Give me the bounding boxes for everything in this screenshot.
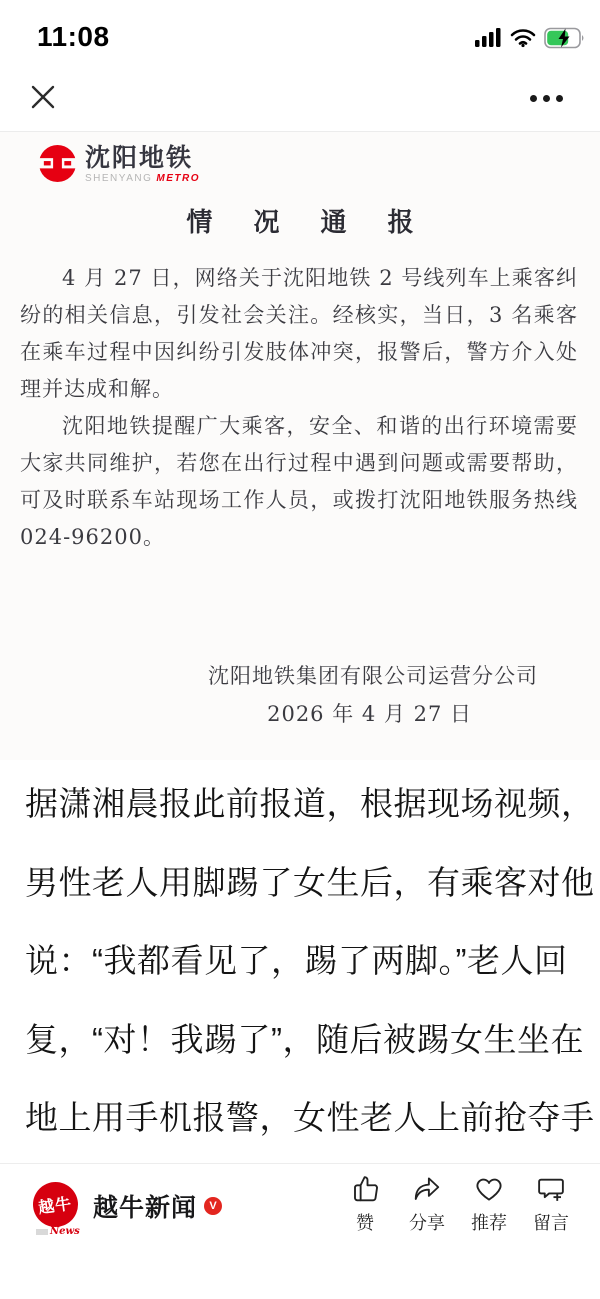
- wifi-icon: [510, 28, 536, 53]
- share-label: 分享: [409, 1209, 445, 1235]
- article-line: 据潇湘晨报此前报道，根据现场视频，: [25, 765, 580, 844]
- notice-body: 4 月 27 日，网络关于沈阳地铁 2 号线列车上乘客纠纷的相关信息，引发社会关…: [20, 260, 578, 556]
- news-source[interactable]: 越牛 News 越牛新闻 V: [33, 1182, 222, 1229]
- like-label: 赞: [356, 1209, 374, 1235]
- recommend-button[interactable]: 推荐: [458, 1174, 520, 1235]
- shenyang-metro-logo-icon: [38, 144, 77, 187]
- notice-document-image[interactable]: 沈阳地铁 SHENYANGMETRO 情 况 通 报 4 月 27 日，网络关于…: [0, 132, 600, 760]
- more-button[interactable]: [520, 82, 572, 114]
- status-bar: 11:08: [0, 0, 600, 62]
- status-time: 11:08: [37, 21, 110, 53]
- phone-screen: 11:08: [0, 0, 600, 1299]
- yueniu-logo-subtext: News: [36, 1226, 80, 1237]
- heart-icon: [474, 1174, 504, 1204]
- article-line: 男性老人用脚踢了女生后，有乘客对他: [25, 844, 580, 923]
- close-icon: [26, 101, 60, 118]
- share-arrow-icon: [412, 1174, 442, 1204]
- article-body: 据潇湘晨报此前报道，根据现场视频， 男性老人用脚踢了女生后，有乘客对他 说：“我…: [25, 765, 580, 1158]
- article-line: 复，“对！我踢了”，随后被踢女生坐在: [25, 1001, 580, 1080]
- close-button[interactable]: [26, 80, 62, 116]
- action-bar: 赞 分享 推荐: [334, 1174, 582, 1235]
- toolbar: [0, 70, 600, 130]
- thumb-up-icon: [350, 1174, 380, 1204]
- metro-wordmark: 沈阳地铁 SHENYANGMETRO: [85, 144, 200, 184]
- comment-plus-icon: [536, 1174, 566, 1204]
- ellipsis-icon: [530, 95, 563, 102]
- source-name[interactable]: 越牛新闻: [93, 1188, 197, 1224]
- notice-paragraph-2: 沈阳地铁提醒广大乘客，安全、和谐的出行环境需要大家共同维护，若您在出行过程中遇到…: [20, 408, 578, 556]
- article-line: 说：“我都看见了，踢了两脚。”老人回: [25, 922, 580, 1001]
- comment-label: 留言: [533, 1209, 569, 1235]
- footer-bar: 越牛 News 越牛新闻 V 赞: [0, 1164, 600, 1264]
- notice-paragraph-1: 4 月 27 日，网络关于沈阳地铁 2 号线列车上乘客纠纷的相关信息，引发社会关…: [20, 260, 578, 408]
- recommend-label: 推荐: [471, 1209, 507, 1235]
- yueniu-logo-icon: 越牛 News: [33, 1182, 80, 1229]
- verified-badge: V: [204, 1197, 222, 1215]
- notice-signature: 沈阳地铁集团有限公司运营分公司: [208, 660, 538, 690]
- metro-name-cn: 沈阳地铁: [85, 144, 200, 172]
- comment-button[interactable]: 留言: [520, 1174, 582, 1235]
- like-button[interactable]: 赞: [334, 1174, 396, 1235]
- metro-name-en: SHENYANGMETRO: [85, 173, 200, 184]
- notice-date: 2026 年 4 月 27 日: [267, 698, 472, 728]
- notice-title: 情 况 通 报: [0, 202, 600, 239]
- article-line: 地上用手机报警，女性老人上前抢夺手: [25, 1079, 580, 1158]
- status-icons: [475, 27, 586, 54]
- share-button[interactable]: 分享: [396, 1174, 458, 1235]
- signal-icon: [475, 28, 502, 53]
- metro-logo-row: 沈阳地铁 SHENYANGMETRO: [38, 144, 200, 187]
- yueniu-logo-text: 越牛: [37, 1191, 74, 1219]
- battery-charging-icon: [544, 27, 586, 54]
